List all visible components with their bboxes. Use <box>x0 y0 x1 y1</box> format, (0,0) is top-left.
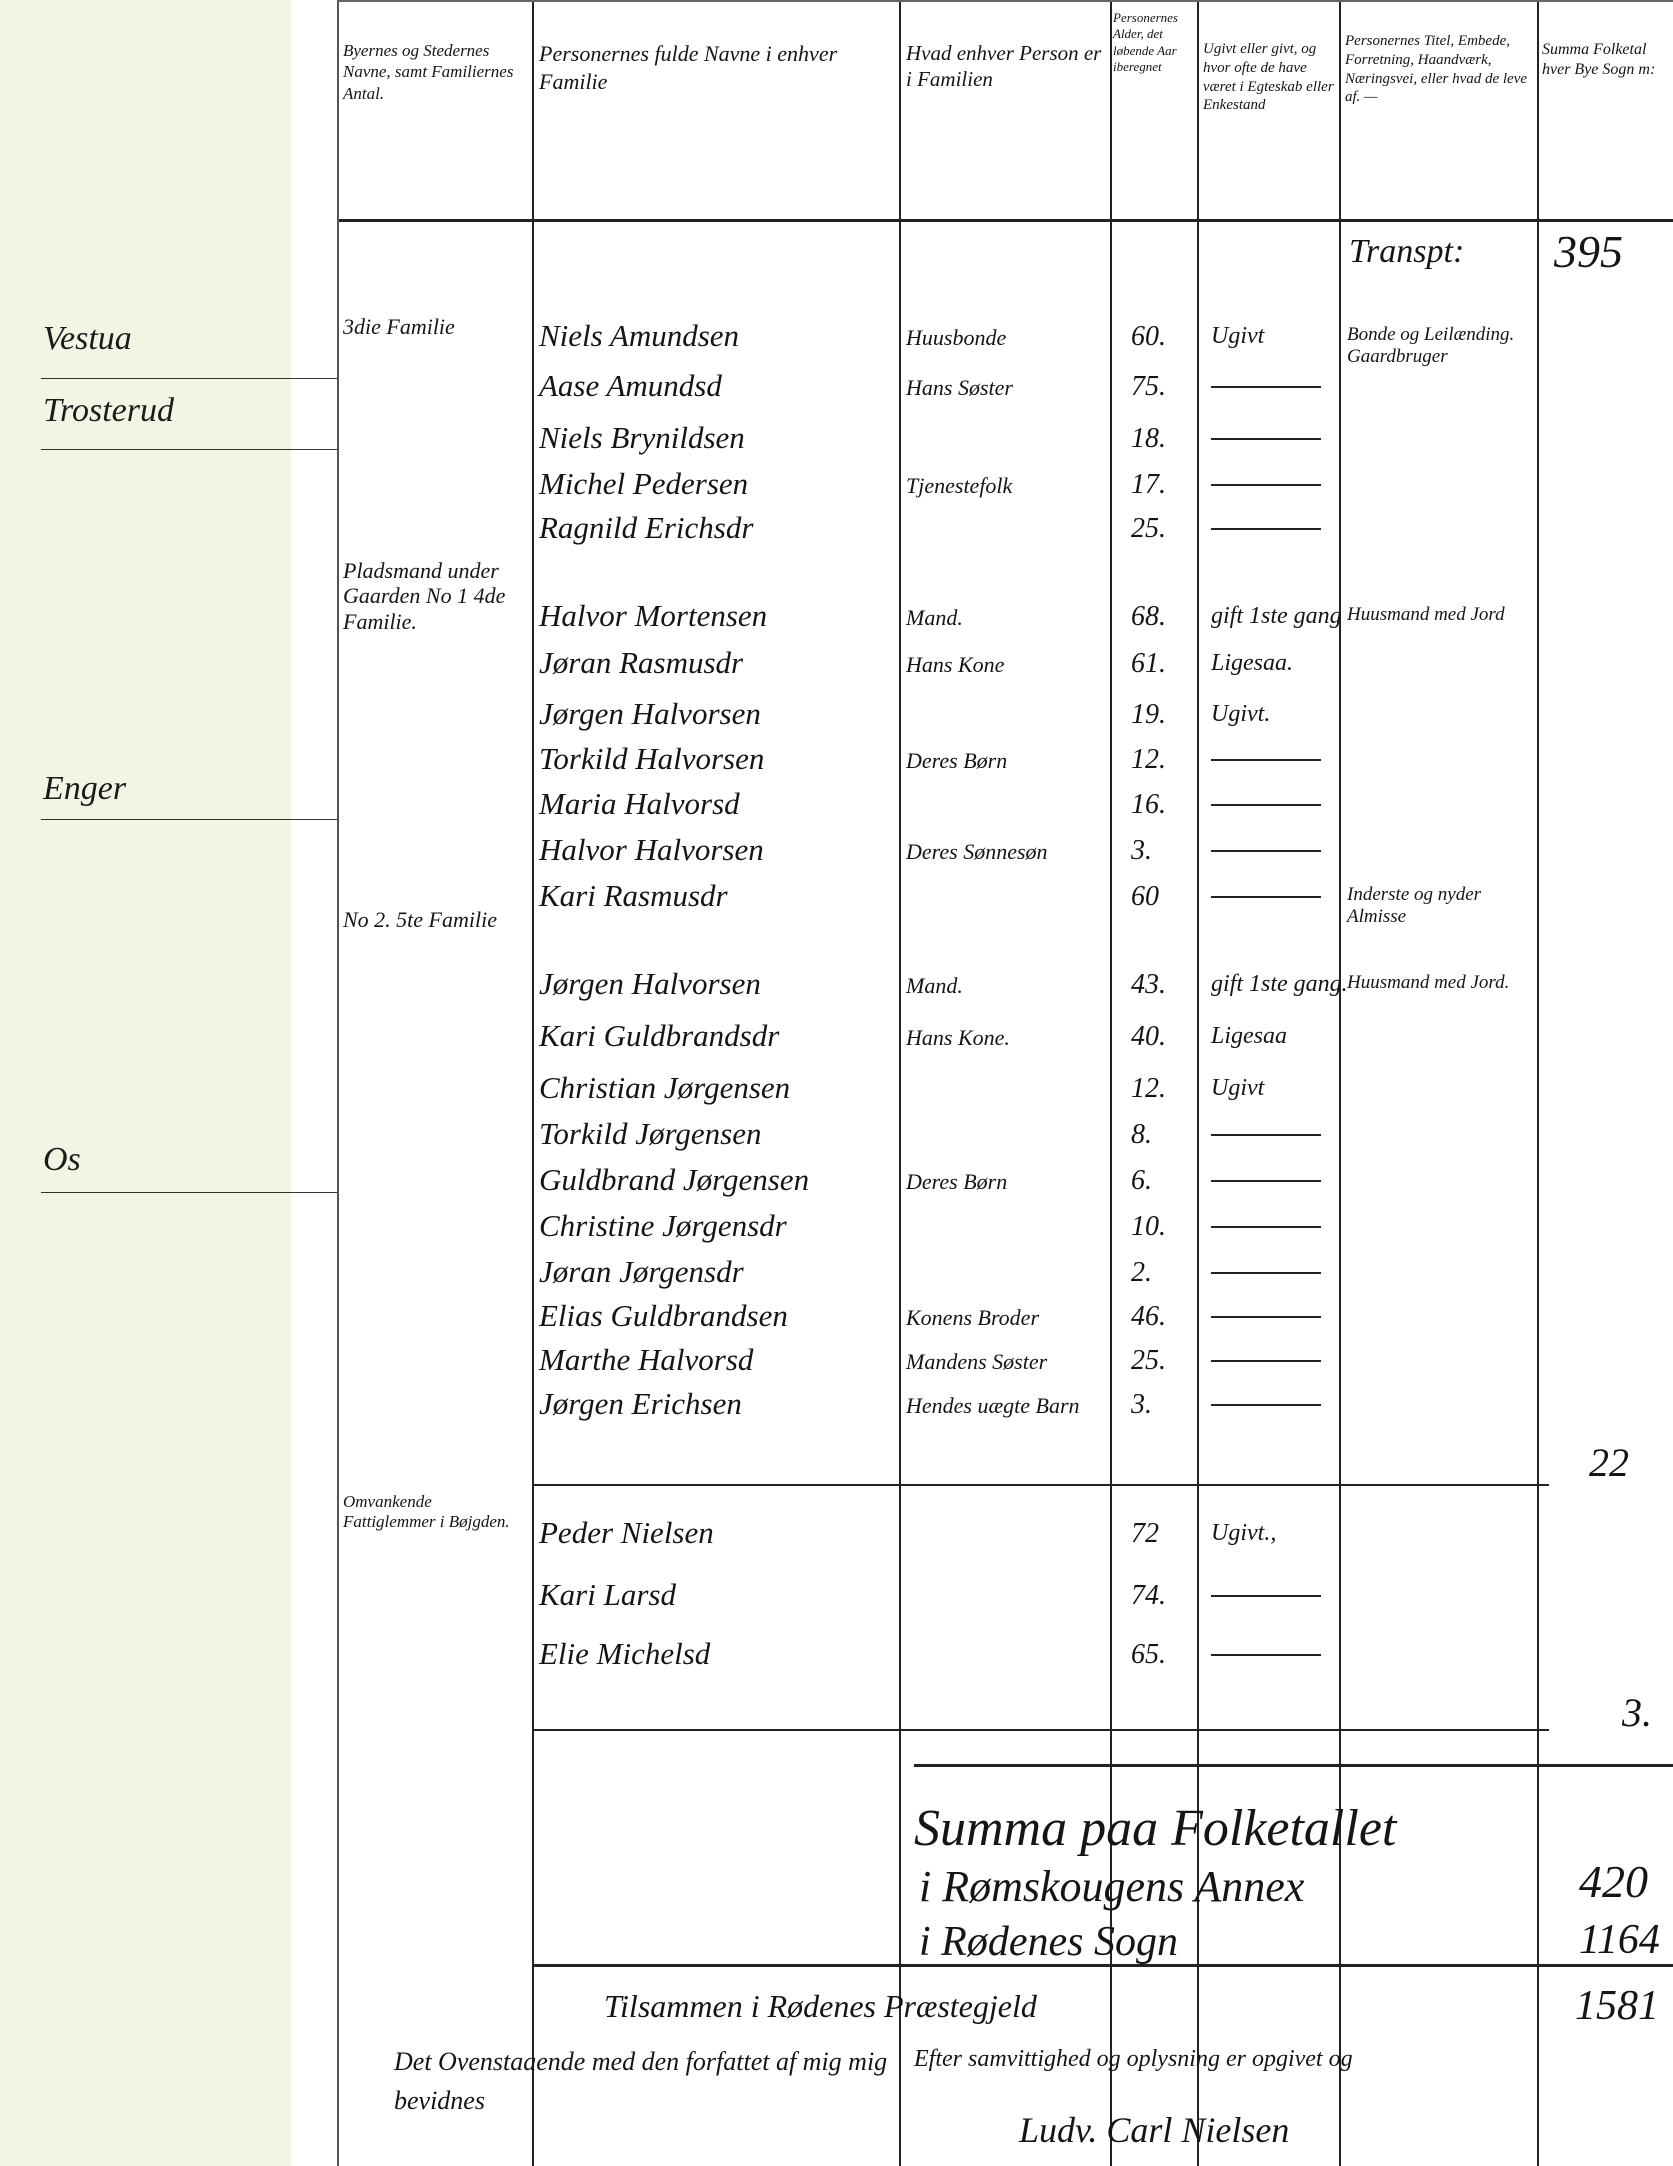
person-age: 68. <box>1131 602 1166 631</box>
person-name: Michel Pedersen <box>539 468 748 501</box>
person-name: Christian Jørgensen <box>539 1072 790 1105</box>
person-age: 40. <box>1131 1022 1166 1051</box>
person-age: 46. <box>1131 1302 1166 1331</box>
column-rule <box>899 2 901 2166</box>
person-name: Niels Brynildsen <box>539 422 745 455</box>
marital-status: gift 1ste gang <box>1211 604 1342 629</box>
header-col-place: Byernes og Stedernes Navne, samt Familie… <box>343 40 528 104</box>
person-name: Halvor Mortensen <box>539 600 767 633</box>
header-col-occupation: Personernes Titel, Embede, Forretning, H… <box>1345 32 1535 107</box>
family-role: Deres Børn <box>906 749 1007 772</box>
occupation: Bonde og Leilænding. Gaardbruger <box>1347 324 1532 368</box>
person-age: 18. <box>1131 424 1166 453</box>
person-age: 12. <box>1131 745 1166 774</box>
person-name: Ragnild Erichsdr <box>539 512 753 545</box>
subtotal-value: 22 <box>1589 1442 1629 1484</box>
marital-status: Ugivt., <box>1211 1521 1276 1546</box>
person-age: 65. <box>1131 1640 1166 1669</box>
marital-status: Ugivt. <box>1211 702 1270 727</box>
marital-status <box>1211 1168 1321 1193</box>
person-name: Jørgen Halvorsen <box>539 968 761 1001</box>
person-name: Torkild Jørgensen <box>539 1118 761 1151</box>
marital-status <box>1211 516 1321 541</box>
farm-label-enger: Enger <box>43 772 126 806</box>
person-age: 75. <box>1131 372 1166 401</box>
occupation: Huusmand med Jord <box>1347 604 1532 626</box>
person-age: 60. <box>1131 322 1166 351</box>
marital-status <box>1211 792 1321 817</box>
person-name: Jørgen Halvorsen <box>539 698 761 731</box>
person-name: Halvor Halvorsen <box>539 834 764 867</box>
family-role: Konens Broder <box>906 1306 1039 1329</box>
farm-divider <box>41 449 338 450</box>
column-rule <box>532 2 534 2166</box>
farm-label-vestua: Vestua <box>43 322 132 356</box>
person-age: 60 <box>1131 882 1159 911</box>
signature: Ludv. Carl Nielsen <box>1019 2112 1289 2150</box>
marital-status <box>1211 1583 1321 1608</box>
person-age: 6. <box>1131 1166 1152 1195</box>
header-col-names: Personernes fulde Navne i enhver Familie <box>539 40 894 95</box>
person-name: Maria Halvorsd <box>539 788 740 821</box>
person-name: Niels Amundsen <box>539 320 739 353</box>
marital-status: Ligesaa. <box>1211 651 1293 676</box>
family-role: Hendes uægte Barn <box>906 1394 1080 1417</box>
marital-status <box>1211 374 1321 399</box>
farm-label-os: Os <box>43 1143 81 1177</box>
person-age: 19. <box>1131 700 1166 729</box>
marital-status <box>1211 472 1321 497</box>
person-age: 2. <box>1131 1258 1152 1287</box>
person-name: Marthe Halvorsd <box>539 1344 753 1377</box>
marital-status <box>1211 1348 1321 1373</box>
summary-value-sogn: 1164 <box>1579 1918 1660 1962</box>
person-name: Kari Larsd <box>539 1579 676 1612</box>
section-rule <box>532 1729 1549 1731</box>
farm-divider <box>41 1192 338 1193</box>
person-name: Elias Guldbrandsen <box>539 1300 788 1333</box>
person-age: 43. <box>1131 970 1166 999</box>
family-label: No 2. 5te Familie <box>343 907 503 932</box>
marital-status <box>1211 426 1321 451</box>
person-age: 10. <box>1131 1212 1166 1241</box>
person-age: 3. <box>1131 1390 1152 1419</box>
marital-status <box>1211 1392 1321 1417</box>
transport-value: 395 <box>1554 228 1623 276</box>
header-rule <box>339 219 1673 222</box>
person-name: Kari Guldbrandsdr <box>539 1020 779 1053</box>
person-name: Jøran Rasmusdr <box>539 647 743 680</box>
person-name: Elie Michelsd <box>539 1638 710 1671</box>
family-role: Mand. <box>906 974 963 997</box>
person-name: Guldbrand Jørgensen <box>539 1164 809 1197</box>
marital-status <box>1211 747 1321 772</box>
header-col-marital: Ugivt eller givt, og hvor ofte de have v… <box>1203 40 1337 115</box>
occupation: Huusmand med Jord. <box>1347 972 1532 994</box>
family-role: Deres Børn <box>906 1170 1007 1193</box>
family-label: 3die Familie <box>343 314 528 339</box>
marital-status <box>1211 1122 1321 1147</box>
subtotal-value: 3. <box>1622 1692 1652 1734</box>
total-label: Tilsammen i Rødenes Præstegjeld <box>604 1990 1037 2024</box>
person-name: Aase Amundsd <box>539 370 722 403</box>
family-label: Pladsmand under Gaarden No 1 4de Familie… <box>343 558 528 634</box>
person-age: 17. <box>1131 470 1166 499</box>
summary-value-annex: 420 <box>1579 1858 1648 1906</box>
person-age: 16. <box>1131 790 1166 819</box>
person-name: Jørgen Erichsen <box>539 1388 742 1421</box>
marital-status <box>1211 838 1321 863</box>
marital-status <box>1211 1642 1321 1667</box>
family-role: Hans Søster <box>906 376 1013 399</box>
family-role: Hans Kone <box>906 653 1004 676</box>
marital-status <box>1211 1260 1321 1285</box>
marital-status: gift 1ste gang. <box>1211 972 1348 997</box>
family-role: Deres Sønnesøn <box>906 840 1048 863</box>
transport-label: Transpt: <box>1349 234 1464 270</box>
header-col-sum: Summa Folketal hver Bye Sogn m: <box>1542 40 1672 80</box>
person-age: 25. <box>1131 514 1166 543</box>
person-name: Kari Rasmusdr <box>539 880 728 913</box>
marital-status <box>1211 884 1321 909</box>
person-name: Jøran Jørgensdr <box>539 1256 744 1289</box>
family-role: Huusbonde <box>906 326 1006 349</box>
person-age: 74. <box>1131 1581 1166 1610</box>
person-age: 12. <box>1131 1074 1166 1103</box>
summary-line-2: i Rømskougens Annex <box>919 1864 1304 1910</box>
census-sheet: Byernes og Stedernes Navne, samt Familie… <box>337 0 1673 2166</box>
family-label: Omvankende Fattiglemmer i Bøjgden. <box>343 1492 523 1531</box>
total-value: 1581 <box>1575 1984 1659 2028</box>
occupation: Inderste og nyder Almisse <box>1347 884 1532 928</box>
person-name: Christine Jørgensdr <box>539 1210 787 1243</box>
section-rule <box>532 1484 1549 1486</box>
person-name: Peder Nielsen <box>539 1517 714 1550</box>
attestation-right: Efter samvittighed og oplysning er opgiv… <box>914 2047 1353 2072</box>
header-col-role: Hvad enhver Person er i Familien <box>906 40 1106 93</box>
person-age: 72 <box>1131 1519 1159 1548</box>
marital-status: Ugivt <box>1211 324 1264 349</box>
person-name: Torkild Halvorsen <box>539 743 764 776</box>
farm-label-trosterud: Trosterud <box>43 394 174 428</box>
person-age: 61. <box>1131 649 1166 678</box>
person-age: 3. <box>1131 836 1152 865</box>
marital-status <box>1211 1214 1321 1239</box>
marital-status <box>1211 1304 1321 1329</box>
person-age: 25. <box>1131 1346 1166 1375</box>
summary-line-3: i Rødenes Sogn <box>919 1920 1178 1964</box>
summary-line-1: Summa paa Folketallet <box>914 1802 1396 1857</box>
column-rule <box>1537 2 1539 2166</box>
farm-divider <box>41 819 338 820</box>
family-role: Tjenestefolk <box>906 474 1012 497</box>
farm-divider <box>41 378 338 379</box>
family-role: Mand. <box>906 606 963 629</box>
person-age: 8. <box>1131 1120 1152 1149</box>
summary-rule <box>914 1764 1673 1767</box>
header-col-age: Personernes Alder, det løbende Aar ibere… <box>1113 10 1195 75</box>
attestation-left: Det Ovenstaaende med den forfattet af mi… <box>394 2042 894 2120</box>
marital-status: Ugivt <box>1211 1076 1264 1101</box>
family-role: Mandens Søster <box>906 1350 1047 1373</box>
family-role: Hans Kone. <box>906 1026 1010 1049</box>
marital-status: Ligesaa <box>1211 1024 1287 1049</box>
